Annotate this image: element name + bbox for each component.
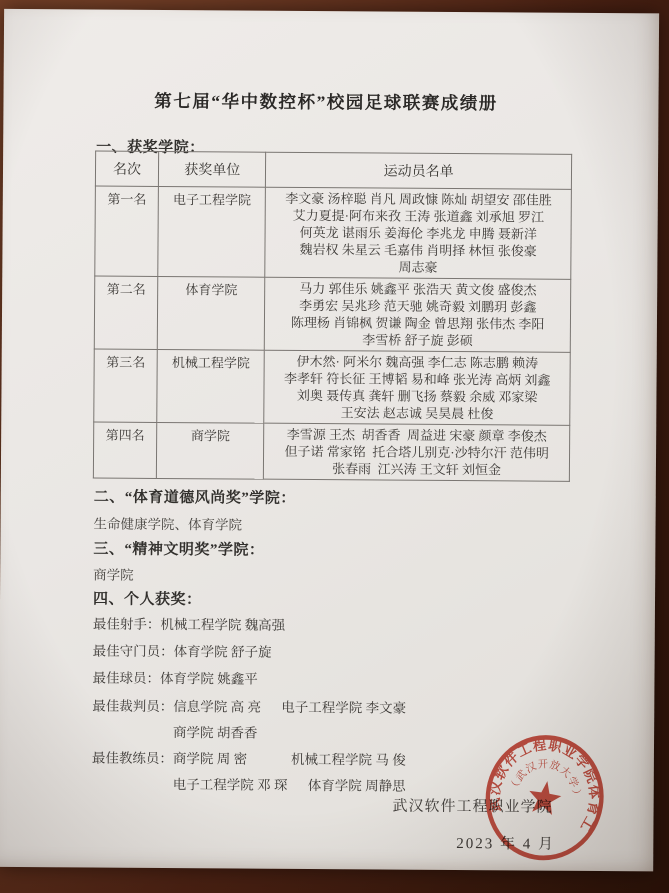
col-header-rank: 名次 [95,151,158,186]
unit-cell: 商学院 [156,422,264,479]
award-item-best-referee: 最佳裁判员： 信息学院 高 亮 电子工程学院 李文豪 商学院 胡香香 [92,693,406,747]
players-line: 陈理杨 肖锦枫 贺谦 陶金 曾思翔 张伟杰 李阳 [267,314,568,333]
players-line: 魏岩权 朱星云 毛嘉伟 肖明择 林恒 张俊豪 [268,241,569,260]
table-header-row: 名次 获奖单位 运动员名单 [95,151,571,189]
document-page: 第七届“华中数控杯”校园足球联赛成绩册 一、获奖学院： 名次 获奖单位 运动员名… [0,9,659,872]
players-cell: 李文豪 汤梓聪 肖凡 周政慷 陈灿 胡望安 邵佳胜 艾力夏提·阿布来孜 王涛 张… [265,187,571,279]
table-row: 第四名 商学院 李雪源 王杰 胡香香 周益进 宋豪 颜章 李俊杰 但子诺 常家铭… [93,422,569,481]
photo-background: 第七届“华中数控杯”校园足球联赛成绩册 一、获奖学院： 名次 获奖单位 运动员名… [0,0,669,893]
section2-heading: 二、“体育道德风尚奖”学院： [94,485,296,507]
rank-cell: 第一名 [95,186,159,276]
table-row: 第一名 电子工程学院 李文豪 汤梓聪 肖凡 周政慷 陈灿 胡望安 邵佳胜 艾力夏… [95,186,572,279]
table-row: 第二名 体育学院 马力 郭佳乐 姚鑫平 张浩天 黄文俊 盛俊杰 李勇宏 吴兆珍 … [94,276,570,352]
players-cell: 马力 郭佳乐 姚鑫平 张浩天 黄文俊 盛俊杰 李勇宏 吴兆珍 范天驰 姚奇毅 刘… [265,277,571,352]
award-value: 体育学院 舒子旋 [174,639,272,666]
players-line: 张春雨 江兴涛 王文轩 刘恒金 [266,460,567,479]
players-line: 马力 郭佳乐 姚鑫平 张浩天 黄文俊 盛俊杰 [267,280,568,299]
unit-cell: 电子工程学院 [158,186,266,277]
section2-content: 生命健康学院、体育学院 [93,512,242,533]
award-item-best-player: 最佳球员： 体育学院 姚鑫平 [92,665,258,692]
award-value: 体育学院 姚鑫平 [160,666,258,693]
rank-cell: 第四名 [93,422,157,478]
players-line: 但子诺 常家铭 托合塔儿别克·沙特尔汗 范伟明 [266,443,567,462]
award-value: 商学院 周 密 机械工程学院 马 俊 [173,746,406,774]
unit-cell: 机械工程学院 [157,349,265,423]
col-header-players: 运动员名单 [266,152,572,189]
award-item-top-scorer: 最佳射手： 机械工程学院 魏高强 [93,611,286,638]
players-line: 刘奥 聂传真 龚轩 删飞扬 蔡毅 余威 邓家梁 [267,387,568,406]
award-value: 电子工程学院 邓 琛 体育学院 周静思 [173,772,406,800]
award-label: 最佳球员： [92,665,160,691]
award-value: 商学院 胡香香 [173,720,406,748]
players-line: 王安法 赵志诚 吴昊晨 杜俊 [267,404,568,423]
players-line: 周志豪 [268,258,569,277]
table-row: 第三名 机械工程学院 伊木然· 阿米尔 魏高强 李仁志 陈志鹏 赖涛 李孝轩 符… [94,349,570,425]
players-line: 伊木然· 阿米尔 魏高强 李仁志 陈志鹏 赖涛 [267,353,568,372]
players-cell: 李雪源 王杰 胡香香 周益进 宋豪 颜章 李俊杰 但子诺 常家铭 托合塔儿别克·… [264,423,570,481]
award-label: 最佳守门员： [93,638,174,665]
section4-heading: 四、个人获奖： [93,587,202,609]
players-line: 李雪桥 舒子旋 彭硕 [267,331,568,350]
players-line: 何英龙 谌雨乐 姜海伦 李兆龙 申腾 聂新洋 [268,224,569,243]
players-cell: 伊木然· 阿米尔 魏高强 李仁志 陈志鹏 赖涛 李孝轩 符长征 王博韬 易和峰 … [264,350,570,425]
section3-content: 商学院 [93,563,134,583]
award-item-best-coach: 最佳教练员： 商学院 周 密 机械工程学院 马 俊 电子工程学院 邓 琛 体育学… [92,745,406,799]
awards-table: 名次 获奖单位 运动员名单 第一名 电子工程学院 李文豪 汤梓聪 肖凡 周政慷 … [93,150,572,481]
seal-star-icon [526,778,563,816]
document-title: 第七届“华中数控杯”校园足球联赛成绩册 [3,87,648,117]
players-line: 李文豪 汤梓聪 肖凡 周政慷 陈灿 胡望安 邵佳胜 [268,190,569,209]
players-line: 李雪源 王杰 胡香香 周益进 宋豪 颜章 李俊杰 [266,426,567,445]
players-line: 艾力夏提·阿布来孜 王涛 张道鑫 刘承旭 罗江 [268,207,569,226]
award-value: 信息学院 高 亮 电子工程学院 李文豪 [173,694,406,722]
award-label: 最佳教练员： [92,745,173,798]
rank-cell: 第二名 [94,276,158,349]
award-label: 最佳射手： [93,611,161,637]
col-header-unit: 获奖单位 [159,151,266,187]
unit-cell: 体育学院 [157,276,265,350]
players-line: 李勇宏 吴兆珍 范天驰 姚奇毅 刘鹏玥 彭鑫 [267,297,568,316]
award-label: 最佳裁判员： [92,693,173,746]
award-item-best-goalkeeper: 最佳守门员： 体育学院 舒子旋 [93,638,272,665]
award-value: 机械工程学院 魏高强 [160,612,285,639]
official-seal-stamp: 武汉软件工程职业学院体育工作委员会 （武汉开放大学） [472,721,618,874]
players-line: 李孝轩 符长征 王博韬 易和峰 张光涛 高炳 刘鑫 [267,370,568,389]
section3-heading: 三、“精神文明奖”学院： [93,537,264,559]
rank-cell: 第三名 [94,349,158,422]
